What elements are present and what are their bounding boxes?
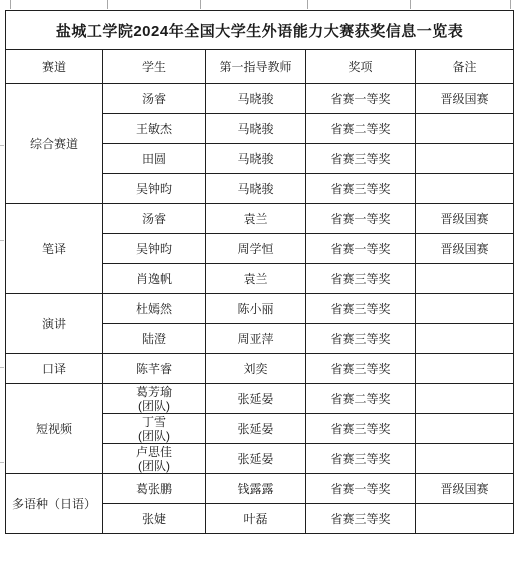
student-cell: 汤睿 — [103, 204, 206, 234]
student-cell: 吴钟昀 — [103, 234, 206, 264]
teacher-cell: 马晓骏 — [206, 84, 306, 114]
gridline-tick — [0, 145, 4, 146]
student-cell: 田圆 — [103, 144, 206, 174]
table-row: 演讲 杜嫣然 陈小丽 省赛三等奖 — [6, 294, 514, 324]
note-cell — [416, 174, 514, 204]
student-cell: 卢思佳 (团队) — [103, 444, 206, 474]
teacher-cell: 张延晏 — [206, 414, 306, 444]
teacher-cell: 周亚萍 — [206, 324, 306, 354]
teacher-cell: 马晓骏 — [206, 114, 306, 144]
gridline-tick — [0, 462, 4, 463]
note-cell: 晋级国赛 — [416, 84, 514, 114]
gridline-stub — [410, 0, 411, 9]
col-header-note: 备注 — [416, 50, 514, 84]
note-cell — [416, 114, 514, 144]
student-cell: 杜嫣然 — [103, 294, 206, 324]
teacher-cell: 叶磊 — [206, 504, 306, 534]
award-cell: 省赛三等奖 — [306, 264, 416, 294]
page-title: 盐城工学院2024年全国大学生外语能力大赛获奖信息一览表 — [6, 11, 514, 50]
gridline-stub — [107, 0, 108, 9]
note-cell — [416, 354, 514, 384]
gridline-stub — [200, 0, 201, 9]
track-cell: 演讲 — [6, 294, 103, 354]
student-cell: 葛张鹏 — [103, 474, 206, 504]
student-cell: 葛芳瑜 (团队) — [103, 384, 206, 414]
note-cell — [416, 294, 514, 324]
award-table: 盐城工学院2024年全国大学生外语能力大赛获奖信息一览表 赛道 学生 第一指导教… — [5, 10, 514, 534]
award-cell: 省赛三等奖 — [306, 294, 416, 324]
teacher-cell: 钱露露 — [206, 474, 306, 504]
student-cell: 陆澄 — [103, 324, 206, 354]
gridline-stub — [307, 0, 308, 9]
track-cell: 笔译 — [6, 204, 103, 294]
student-cell: 王敏杰 — [103, 114, 206, 144]
note-cell — [416, 444, 514, 474]
award-cell: 省赛二等奖 — [306, 384, 416, 414]
award-cell: 省赛一等奖 — [306, 474, 416, 504]
award-cell: 省赛一等奖 — [306, 84, 416, 114]
col-header-award: 奖项 — [306, 50, 416, 84]
teacher-cell: 陈小丽 — [206, 294, 306, 324]
table-title-row: 盐城工学院2024年全国大学生外语能力大赛获奖信息一览表 — [6, 11, 514, 50]
award-cell: 省赛三等奖 — [306, 174, 416, 204]
table-header-row: 赛道 学生 第一指导教师 奖项 备注 — [6, 50, 514, 84]
gridline-stub — [510, 0, 511, 9]
teacher-cell: 张延晏 — [206, 444, 306, 474]
gridline-tick — [0, 240, 4, 241]
student-cell: 肖逸帆 — [103, 264, 206, 294]
note-cell — [416, 324, 514, 354]
teacher-cell: 马晓骏 — [206, 144, 306, 174]
table-row: 多语种（日语） 葛张鹏 钱露露 省赛一等奖 晋级国赛 — [6, 474, 514, 504]
award-cell: 省赛二等奖 — [306, 114, 416, 144]
note-cell — [416, 504, 514, 534]
teacher-cell: 袁兰 — [206, 204, 306, 234]
award-cell: 省赛一等奖 — [306, 234, 416, 264]
student-cell: 丁雪 (团队) — [103, 414, 206, 444]
note-cell: 晋级国赛 — [416, 234, 514, 264]
teacher-cell: 刘奕 — [206, 354, 306, 384]
award-cell: 省赛三等奖 — [306, 444, 416, 474]
gridline-tick — [0, 367, 4, 368]
award-cell: 省赛三等奖 — [306, 354, 416, 384]
track-cell: 短视频 — [6, 384, 103, 474]
note-cell: 晋级国赛 — [416, 474, 514, 504]
table-row: 综合赛道 汤睿 马晓骏 省赛一等奖 晋级国赛 — [6, 84, 514, 114]
note-cell — [416, 414, 514, 444]
gridline-stub — [10, 0, 11, 9]
student-cell: 吴钟昀 — [103, 174, 206, 204]
table-row: 口译 陈芊睿 刘奕 省赛三等奖 — [6, 354, 514, 384]
note-cell — [416, 144, 514, 174]
teacher-cell: 周学恒 — [206, 234, 306, 264]
student-cell: 陈芊睿 — [103, 354, 206, 384]
note-cell: 晋级国赛 — [416, 204, 514, 234]
award-cell: 省赛三等奖 — [306, 414, 416, 444]
track-cell: 口译 — [6, 354, 103, 384]
table-row: 笔译 汤睿 袁兰 省赛一等奖 晋级国赛 — [6, 204, 514, 234]
award-cell: 省赛三等奖 — [306, 324, 416, 354]
note-cell — [416, 264, 514, 294]
col-header-teacher: 第一指导教师 — [206, 50, 306, 84]
student-cell: 汤睿 — [103, 84, 206, 114]
teacher-cell: 袁兰 — [206, 264, 306, 294]
award-cell: 省赛一等奖 — [306, 204, 416, 234]
teacher-cell: 马晓骏 — [206, 174, 306, 204]
track-cell: 多语种（日语） — [6, 474, 103, 534]
col-header-track: 赛道 — [6, 50, 103, 84]
table-row: 短视频 葛芳瑜 (团队) 张延晏 省赛二等奖 — [6, 384, 514, 414]
student-cell: 张婕 — [103, 504, 206, 534]
col-header-student: 学生 — [103, 50, 206, 84]
award-cell: 省赛三等奖 — [306, 144, 416, 174]
note-cell — [416, 384, 514, 414]
teacher-cell: 张延晏 — [206, 384, 306, 414]
award-cell: 省赛三等奖 — [306, 504, 416, 534]
track-cell: 综合赛道 — [6, 84, 103, 204]
